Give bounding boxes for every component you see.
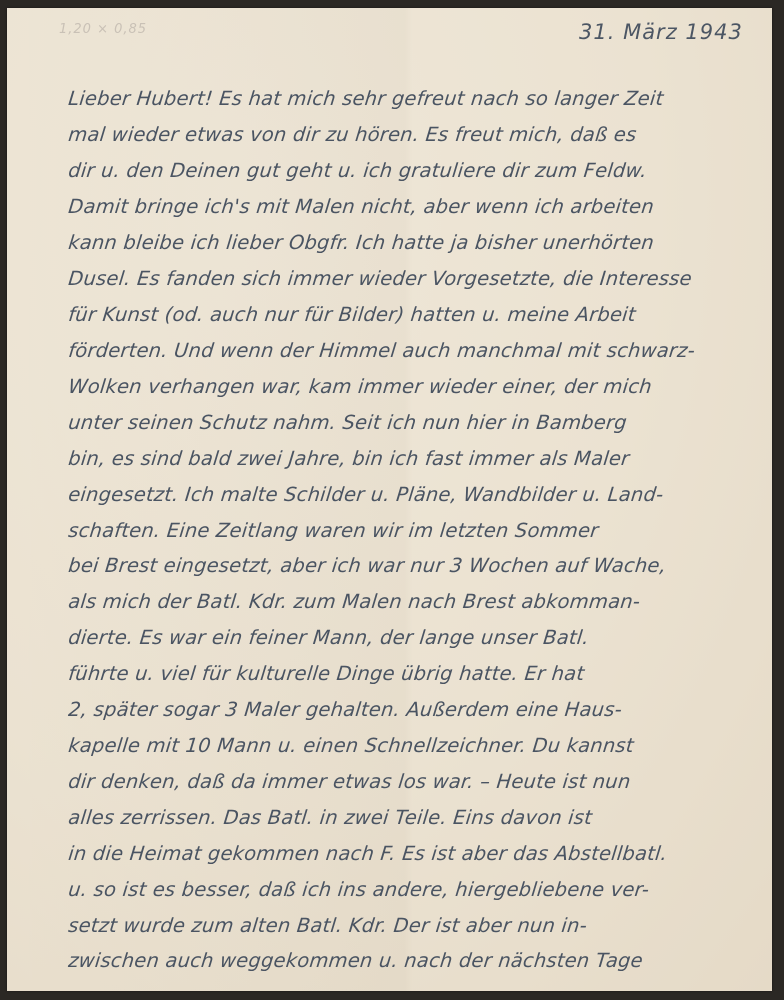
- letter-line-7: für Kunst (od. auch nur für Bilder) hatt…: [67, 302, 770, 328]
- letter-line-18: 2, später sogar 3 Maler gehalten. Außerd…: [67, 697, 770, 723]
- letter-date: 31. März 1943: [579, 20, 743, 44]
- letter-line-1: Lieber Hubert! Es hat mich sehr gefreut …: [67, 86, 770, 112]
- letter-line-4: Damit bringe ich's mit Malen nicht, aber…: [67, 194, 770, 220]
- letter-line-6: Dusel. Es fanden sich immer wieder Vorge…: [67, 266, 770, 292]
- letter-line-21: alles zerrissen. Das Batl. in zwei Teile…: [67, 805, 770, 831]
- letter-line-13: schaften. Eine Zeitlang waren wir im let…: [67, 518, 770, 544]
- letter-line-8: förderten. Und wenn der Himmel auch manc…: [67, 338, 770, 364]
- letter-line-15: als mich der Batl. Kdr. zum Malen nach B…: [67, 589, 770, 615]
- letter-line-20: dir denken, daß da immer etwas los war. …: [67, 769, 770, 795]
- letter-line-22: in die Heimat gekommen nach F. Es ist ab…: [67, 841, 770, 867]
- letter-line-24: setzt wurde zum alten Batl. Kdr. Der ist…: [67, 913, 770, 939]
- letter-line-25: zwischen auch weggekommen u. nach der nä…: [67, 948, 770, 974]
- pencil-annotation: 1,20 × 0,85: [59, 22, 147, 37]
- letter-line-10: unter seinen Schutz nahm. Seit ich nun h…: [67, 410, 770, 436]
- letter-line-9: Wolken verhangen war, kam immer wieder e…: [67, 374, 770, 400]
- letter-line-2: mal wieder etwas von dir zu hören. Es fr…: [67, 122, 770, 148]
- scanned-document: 1,20 × 0,85 31. März 1943 Lieber Hubert!…: [0, 0, 784, 1000]
- letter-line-14: bei Brest eingesetzt, aber ich war nur 3…: [67, 553, 770, 579]
- letter-line-3: dir u. den Deinen gut geht u. ich gratul…: [67, 158, 770, 184]
- letter-line-12: eingesetzt. Ich malte Schilder u. Pläne,…: [67, 482, 770, 508]
- letter-line-11: bin, es sind bald zwei Jahre, bin ich fa…: [67, 446, 770, 472]
- letter-line-19: kapelle mit 10 Mann u. einen Schnellzeic…: [67, 733, 770, 759]
- letter-line-5: kann bleibe ich lieber Obgfr. Ich hatte …: [67, 230, 770, 256]
- letter-line-23: u. so ist es besser, daß ich ins andere,…: [67, 877, 770, 903]
- letter-line-16: dierte. Es war ein feiner Mann, der lang…: [67, 625, 770, 651]
- letter-line-17: führte u. viel für kulturelle Dinge übri…: [67, 661, 770, 687]
- letter-paper: 1,20 × 0,85 31. März 1943 Lieber Hubert!…: [7, 8, 772, 991]
